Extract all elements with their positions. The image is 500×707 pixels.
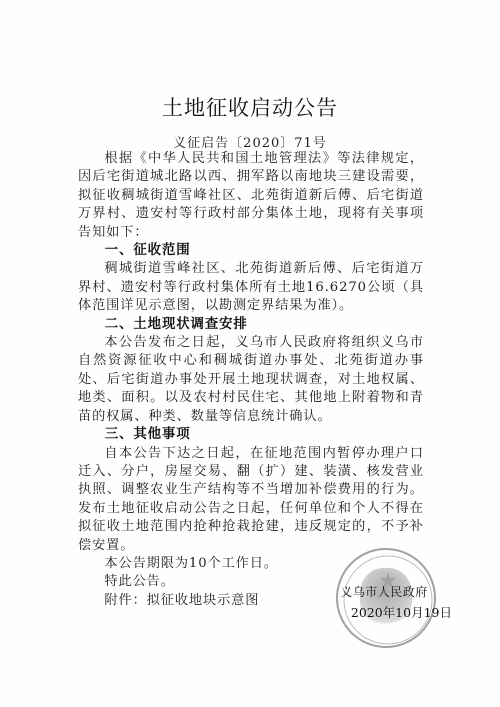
- section-heading-survey: 二、土地现状调查安排: [78, 316, 424, 334]
- intro-paragraph: 根据《中华人民共和国土地管理法》等法律规定，因后宅街道城北路以西、拥军路以南地块…: [78, 150, 424, 242]
- seal-ring-icon: [338, 550, 438, 650]
- document-page: 土地征收启动公告 义征启告〔2020〕71号 根据《中华人民共和国土地管理法》等…: [0, 0, 500, 707]
- section-text-survey: 本公告发布之日起，义乌市人民政府将组织义乌市自然资源征收中心和稠城街道办事处、北…: [78, 334, 424, 426]
- document-number: 义征启告〔2020〕71号: [0, 132, 500, 151]
- section-text-other: 自本公告下达之日起，在征地范围内暂停办理户口迁入、分户，房屋交易、翻（扩）建、装…: [78, 445, 424, 555]
- section-heading-other: 三、其他事项: [78, 426, 424, 444]
- section-text-scope: 稠城街道雪峰社区、北苑街道新后傅、后宅街道万界村、遗安村等行政村集体所有土地16…: [78, 260, 424, 315]
- document-title: 土地征收启动公告: [0, 92, 500, 122]
- signing-date: 2020年10月19日: [322, 603, 452, 621]
- document-body: 根据《中华人民共和国土地管理法》等法律规定，因后宅街道城北路以西、拥军路以南地块…: [78, 150, 424, 610]
- section-heading-scope: 一、征收范围: [78, 242, 424, 260]
- signing-organization: 义乌市人民政府: [324, 583, 444, 600]
